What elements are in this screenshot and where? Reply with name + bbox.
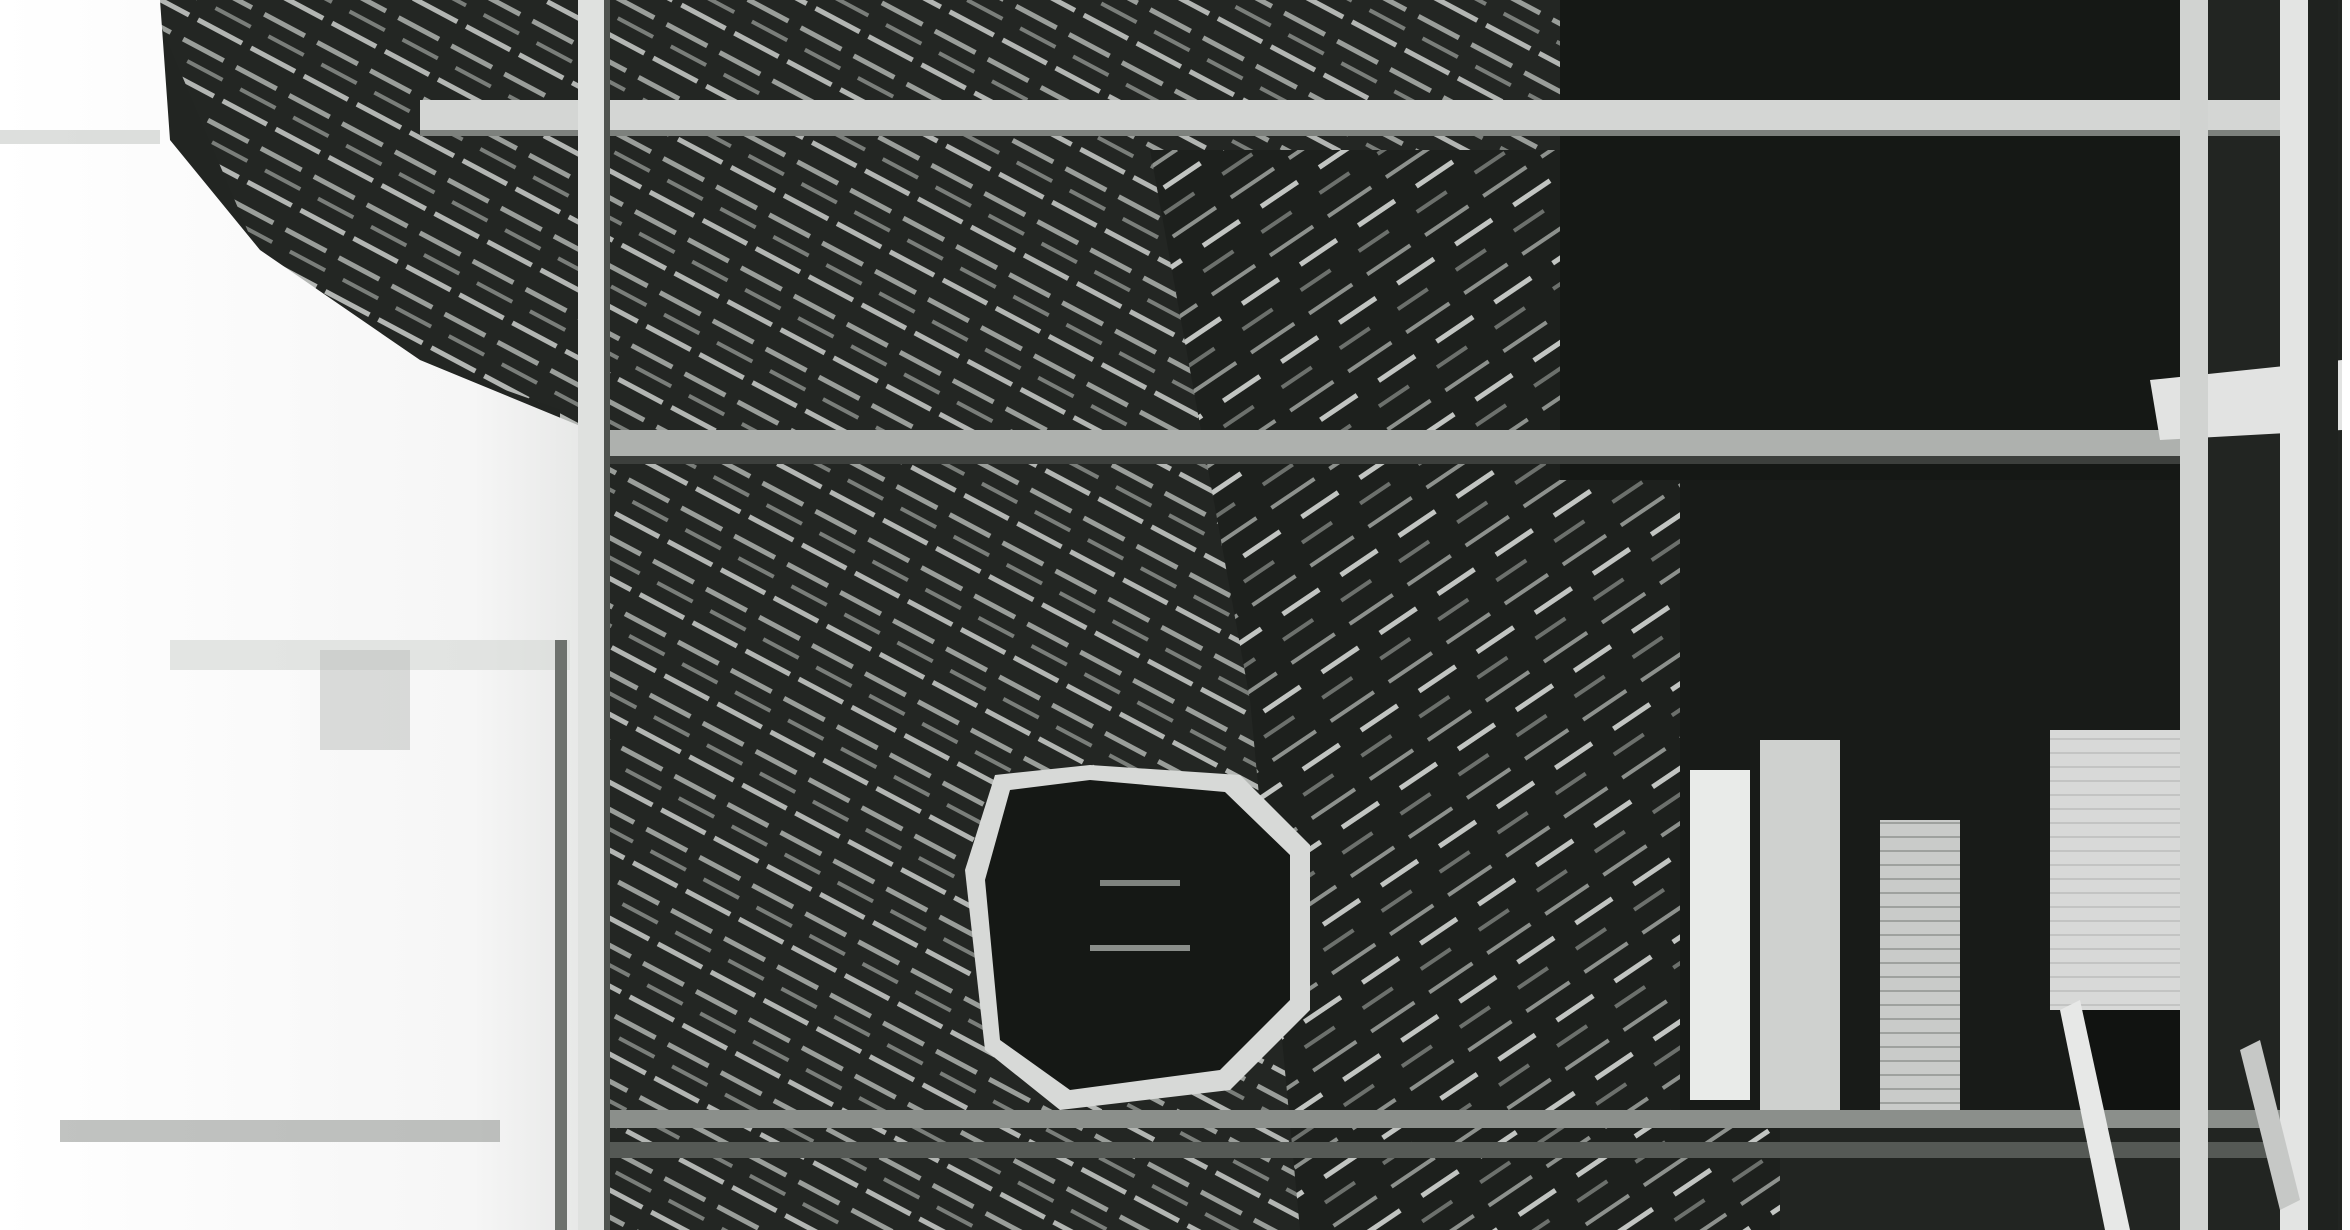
photo-scene [0, 0, 2342, 1230]
octagonal-hole [965, 765, 1310, 1110]
archival-photograph [0, 0, 2342, 1230]
